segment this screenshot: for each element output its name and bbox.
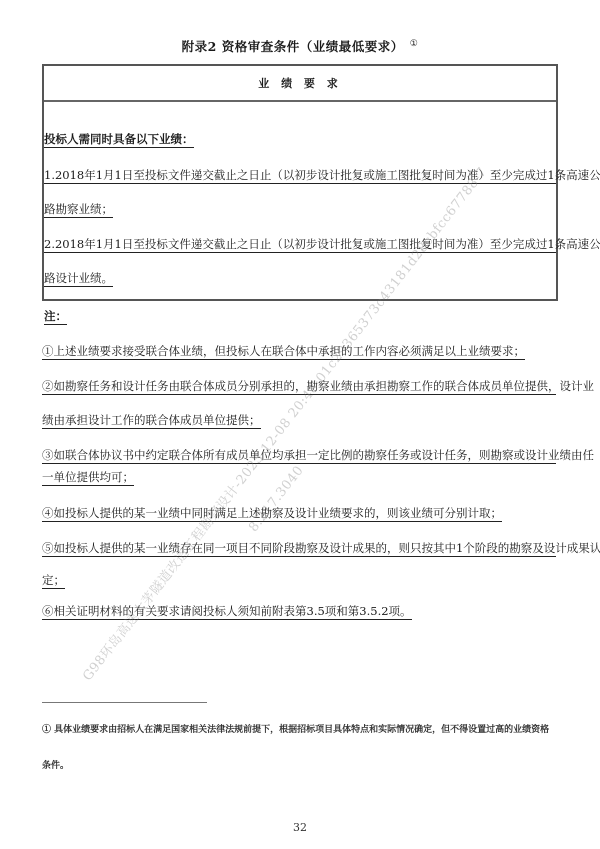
table-header-text: 业 绩 要 求 (258, 75, 342, 91)
footnote-line-2: 条件。 (42, 758, 558, 771)
note-line-6: ④如投标人提供的某一业绩中同时满足上述勘察及设计业绩要求的，则该业绩可分别计取； (42, 506, 502, 522)
footnote-divider (42, 702, 207, 703)
page-title: 附录2 资格审查条件（业绩最低要求）① (0, 37, 600, 55)
watermark-line-2: 8.217.3040 (246, 463, 307, 535)
page-title-text: 附录2 资格审查条件（业绩最低要求） (182, 39, 404, 54)
footnote-line-1: ① 具体业绩要求由招标人在满足国家相关法律法规前提下，根据招标项目具体特点和实际… (42, 722, 558, 735)
requirement-item-2-line-2: 路设计业绩。 (44, 271, 113, 287)
page-number: 32 (0, 821, 600, 834)
requirement-item-1-line-2: 路勘察业绩； (44, 202, 113, 218)
requirements-table: 业 绩 要 求 投标人需同时具备以下业绩： 1.2018年1月1日至投标文件递交… (42, 64, 558, 301)
note-line-7: ⑤如投标人提供的某一业绩存在同一项目不同阶段勘察及设计成果的，则只按其中1个阶段… (42, 541, 556, 557)
notes-label: 注： (44, 309, 67, 325)
requirements-intro: 投标人需同时具备以下业绩： (44, 132, 194, 148)
table-header-cell: 业 绩 要 求 (44, 66, 556, 102)
note-line-5: 一单位提供均可； (42, 470, 134, 486)
note-line-9: ⑥相关证明材料的有关要求请阅投标人须知前附表第3.5项和第3.5.2项。 (42, 604, 412, 620)
footnote-reference-marker[interactable]: ① (410, 39, 419, 49)
note-line-2: ②如勘察任务和设计任务由联合体成员分别承担的，勘察业绩由承担勘察工作的联合体成员… (42, 379, 556, 395)
note-line-1: ①上述业绩要求接受联合体业绩，但投标人在联合体中承担的工作内容必须满足以上业绩要… (42, 344, 525, 360)
requirement-item-1-line-1: 1.2018年1月1日至投标文件递交截止之日止（以初步设计批复或施工图批复时间为… (44, 168, 556, 184)
note-line-8: 定； (42, 573, 65, 589)
note-line-3: 绩由承担设计工作的联合体成员单位提供； (42, 413, 261, 429)
requirement-item-2-line-1: 2.2018年1月1日至投标文件递交截止之日止（以初步设计批复或施工图批复时间为… (44, 237, 556, 253)
note-line-4: ③如联合体协议书中约定联合体所有成员单位均承担一定比例的勘察任务或设计任务，则勘… (42, 448, 556, 464)
